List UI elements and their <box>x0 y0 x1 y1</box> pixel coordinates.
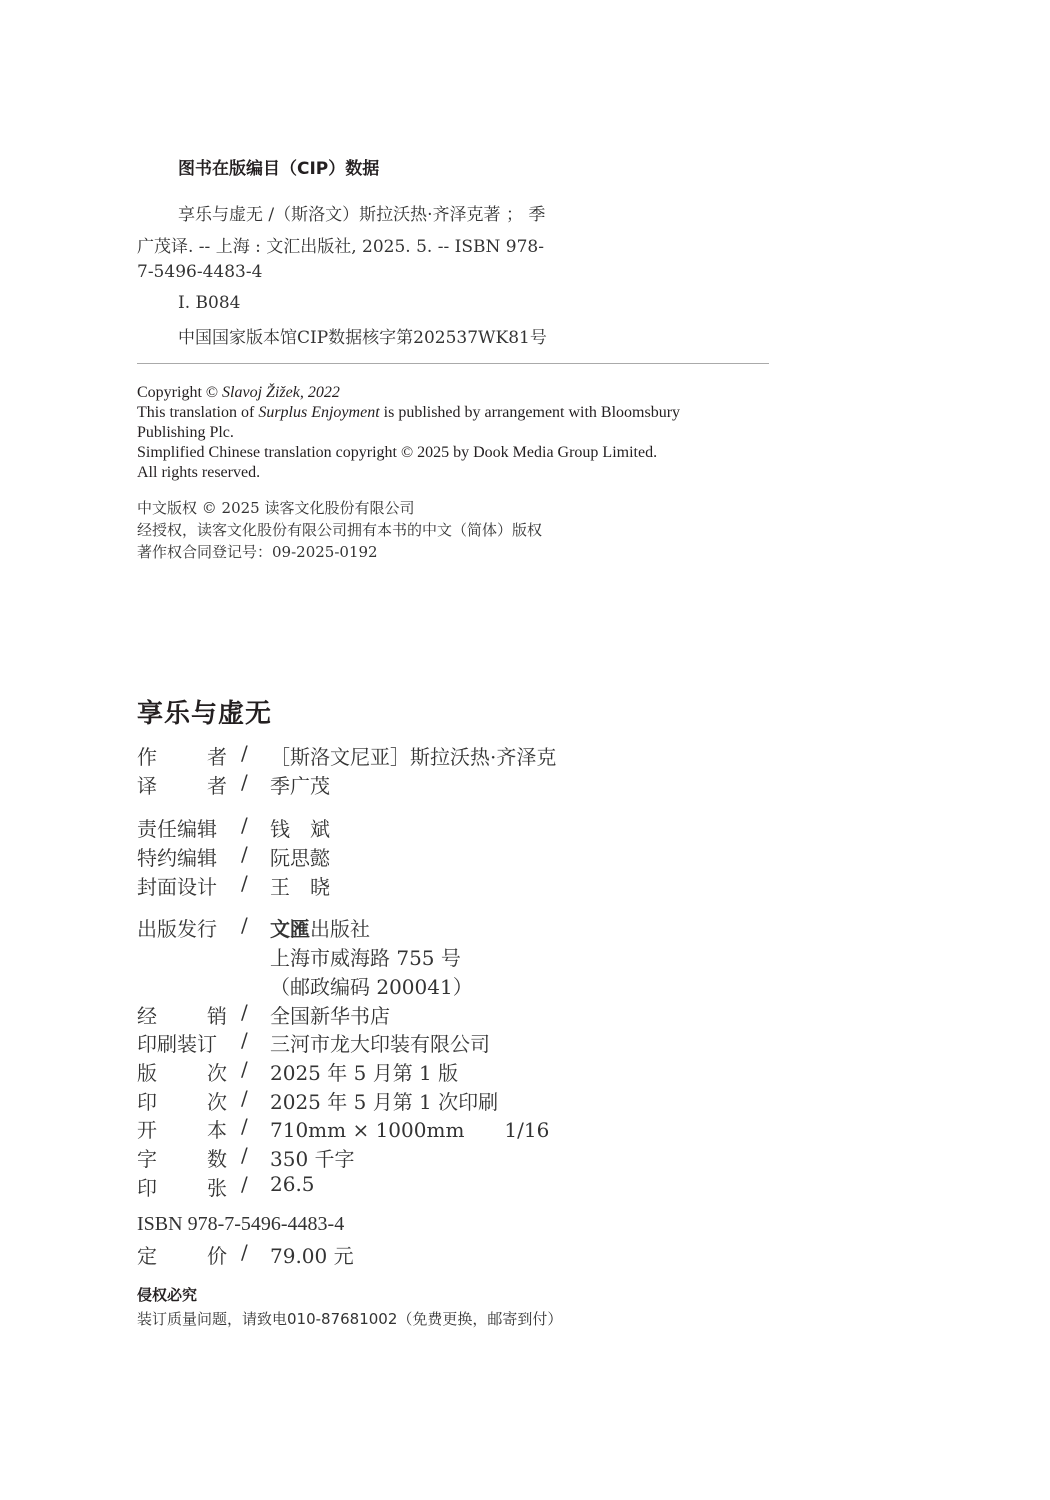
row-label: 印刷装订 <box>137 1028 227 1057</box>
separator: / <box>241 1086 248 1110</box>
copyright-holder: Slavoj Žižek, 2022 <box>222 384 340 401</box>
translation-prefix: This translation of <box>137 404 258 421</box>
row-value: 2025 年 5 月第 1 次印刷 <box>270 1086 498 1115</box>
isbn: ISBN 978-7-5496-4483-4 <box>137 1213 344 1236</box>
original-title: Surplus Enjoyment <box>258 404 379 421</box>
row-value: 钱 斌 <box>270 813 330 842</box>
quality-phone-note: 装订质量问题，请致电010-87681002（免费更换，邮寄到付） <box>137 1308 562 1329</box>
row-label: 特约编辑 <box>137 842 227 871</box>
copyright-cn-line-1: 中文版权 © 2025 读客文化股份有限公司 <box>137 497 414 518</box>
row-label: 经销 <box>137 1000 227 1029</box>
separator: / <box>241 1114 248 1138</box>
row-value: 26.5 <box>270 1172 315 1196</box>
price-value: 79.00 元 <box>270 1240 354 1269</box>
row-label: 译者 <box>137 770 227 799</box>
separator: / <box>241 1240 248 1264</box>
divider <box>137 363 769 364</box>
row-value: ［斯洛文尼亚］斯拉沃热·齐泽克 <box>270 741 556 770</box>
row-value: 350 千字 <box>270 1143 355 1172</box>
separator: / <box>241 1143 248 1167</box>
copyright-en-line-4: Simplified Chinese translation copyright… <box>137 444 657 462</box>
separator: / <box>241 871 248 895</box>
row-label: 作者 <box>137 741 227 770</box>
separator: / <box>241 913 248 937</box>
translation-suffix: is published by arrangement with Bloomsb… <box>380 404 680 421</box>
separator: / <box>241 741 248 765</box>
separator: / <box>241 1028 248 1052</box>
copyright-en-line-1: Copyright © Slavoj Žižek, 2022 <box>137 384 340 402</box>
cip-line-4: Ⅰ. B084 <box>178 293 240 313</box>
cip-title: 图书在版编目（CIP）数据 <box>178 154 379 179</box>
publisher-logo: 文匯 <box>270 917 310 941</box>
row-value: 文匯出版社 <box>270 913 370 942</box>
copyright-en-line-5: All rights reserved. <box>137 464 260 482</box>
cip-line-5: 中国国家版本馆CIP数据核字第202537WK81号 <box>178 323 547 348</box>
row-value: （邮政编码 200041） <box>270 971 473 1000</box>
row-label: 版次 <box>137 1057 227 1086</box>
copyright-en-line-2: This translation of Surplus Enjoyment is… <box>137 404 680 422</box>
copyright-cn-line-2: 经授权，读客文化股份有限公司拥有本书的中文（简体）版权 <box>137 519 542 540</box>
copyright-prefix: Copyright © <box>137 384 222 401</box>
row-value: 阮思懿 <box>270 842 330 871</box>
separator: / <box>241 813 248 837</box>
row-value: 季广茂 <box>270 770 330 799</box>
separator: / <box>241 1000 248 1024</box>
row-value: 三河市龙大印装有限公司 <box>270 1028 490 1057</box>
separator: / <box>241 1057 248 1081</box>
row-label: 字数 <box>137 1143 227 1172</box>
separator: / <box>241 1172 248 1196</box>
row-label: 印张 <box>137 1172 227 1201</box>
price-label: 定价 <box>137 1240 227 1269</box>
row-value: 2025 年 5 月第 1 版 <box>270 1057 458 1086</box>
separator: / <box>241 842 248 866</box>
copyright-cn-line-3: 著作权合同登记号：09-2025-0192 <box>137 541 378 562</box>
row-label: 开本 <box>137 1114 227 1143</box>
row-value: 710mm × 1000mm 1/16 <box>270 1114 549 1143</box>
separator: / <box>241 770 248 794</box>
row-label: 出版发行 <box>137 913 227 942</box>
row-label: 印次 <box>137 1086 227 1115</box>
cip-line-2: 广茂译. -- 上海 : 文汇出版社, 2025. 5. -- ISBN 978… <box>137 232 544 257</box>
rights-warning: 侵权必究 <box>137 1284 197 1305</box>
cip-line-3: 7-5496-4483-4 <box>137 262 262 282</box>
cip-line-1: 享乐与虚无 /（斯洛文）斯拉沃热·齐泽克著 ； 季 <box>178 200 545 225</box>
row-label: 封面设计 <box>137 871 227 900</box>
row-label: 责任编辑 <box>137 813 227 842</box>
row-value: 全国新华书店 <box>270 1000 390 1029</box>
row-value: 上海市威海路 755 号 <box>270 942 461 971</box>
book-title: 享乐与虚无 <box>137 693 272 730</box>
row-value: 王 晓 <box>270 871 330 900</box>
copyright-en-line-3: Publishing Plc. <box>137 424 234 442</box>
